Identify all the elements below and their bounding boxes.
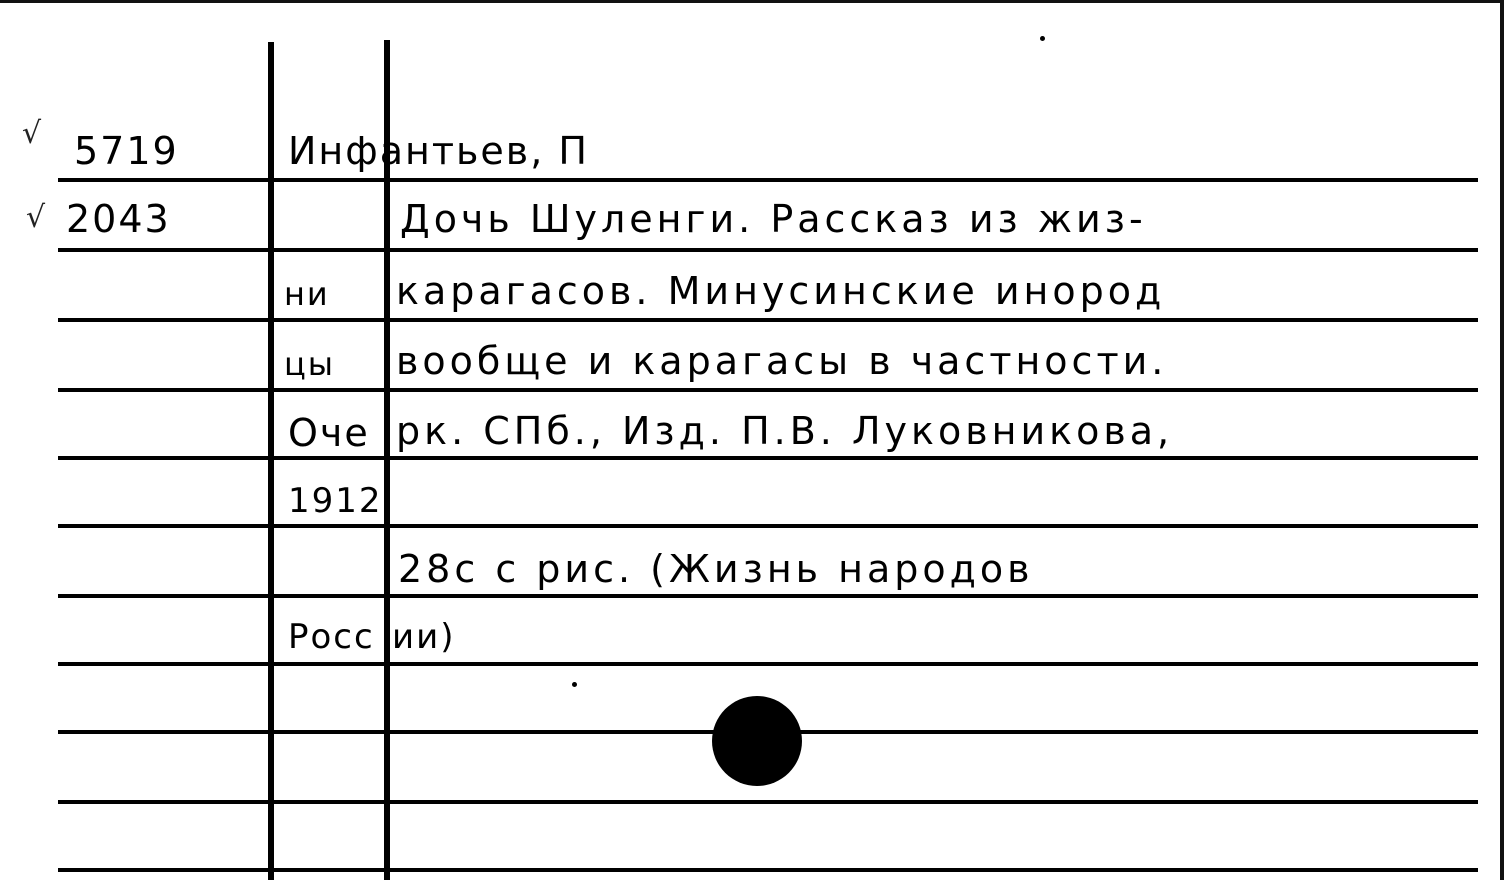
- ruled-line: [58, 524, 1478, 528]
- ruled-line: [58, 178, 1478, 182]
- check-mark: √: [26, 200, 45, 235]
- catalog-card: √ √ 5719 2043 Инфантьев, П Дочь Шуленги.…: [0, 0, 1504, 880]
- ruled-line: [58, 248, 1478, 252]
- title-line: карагасов. Минусинские инород: [396, 272, 1165, 310]
- ink-speck: [1040, 36, 1045, 41]
- margin-text: Росс: [288, 620, 375, 654]
- ruled-line: [58, 388, 1478, 392]
- author-heading: Инфантьев, П: [288, 132, 589, 170]
- margin-text: цы: [284, 348, 335, 380]
- margin-text: Оче: [288, 414, 370, 452]
- ruled-line: [58, 662, 1478, 666]
- ink-speck: [572, 682, 577, 687]
- call-number-secondary: 2043: [66, 200, 171, 238]
- call-number-primary: 5719: [74, 132, 179, 170]
- title-line: рк. СПб., Изд. П.В. Луковникова,: [396, 412, 1173, 450]
- ruled-line: [58, 868, 1478, 872]
- ink-blot: [712, 696, 802, 786]
- ruled-line: [58, 318, 1478, 322]
- title-line: вообще и карагасы в частности.: [396, 342, 1167, 380]
- card-top-edge: [0, 0, 1504, 3]
- check-mark: √: [22, 116, 41, 151]
- margin-text: ии): [392, 620, 455, 654]
- margin-text: ни: [284, 278, 330, 310]
- ruled-line: [58, 800, 1478, 804]
- ruled-line: [58, 456, 1478, 460]
- title-line: Дочь Шуленги. Рассказ из жиз-: [400, 200, 1147, 238]
- card-right-edge: [1500, 0, 1504, 880]
- left-margin-rule: [268, 42, 274, 880]
- ruled-line: [58, 594, 1478, 598]
- margin-text: 1912: [288, 484, 383, 518]
- title-line: 28с с рис. (Жизнь народов: [398, 550, 1034, 588]
